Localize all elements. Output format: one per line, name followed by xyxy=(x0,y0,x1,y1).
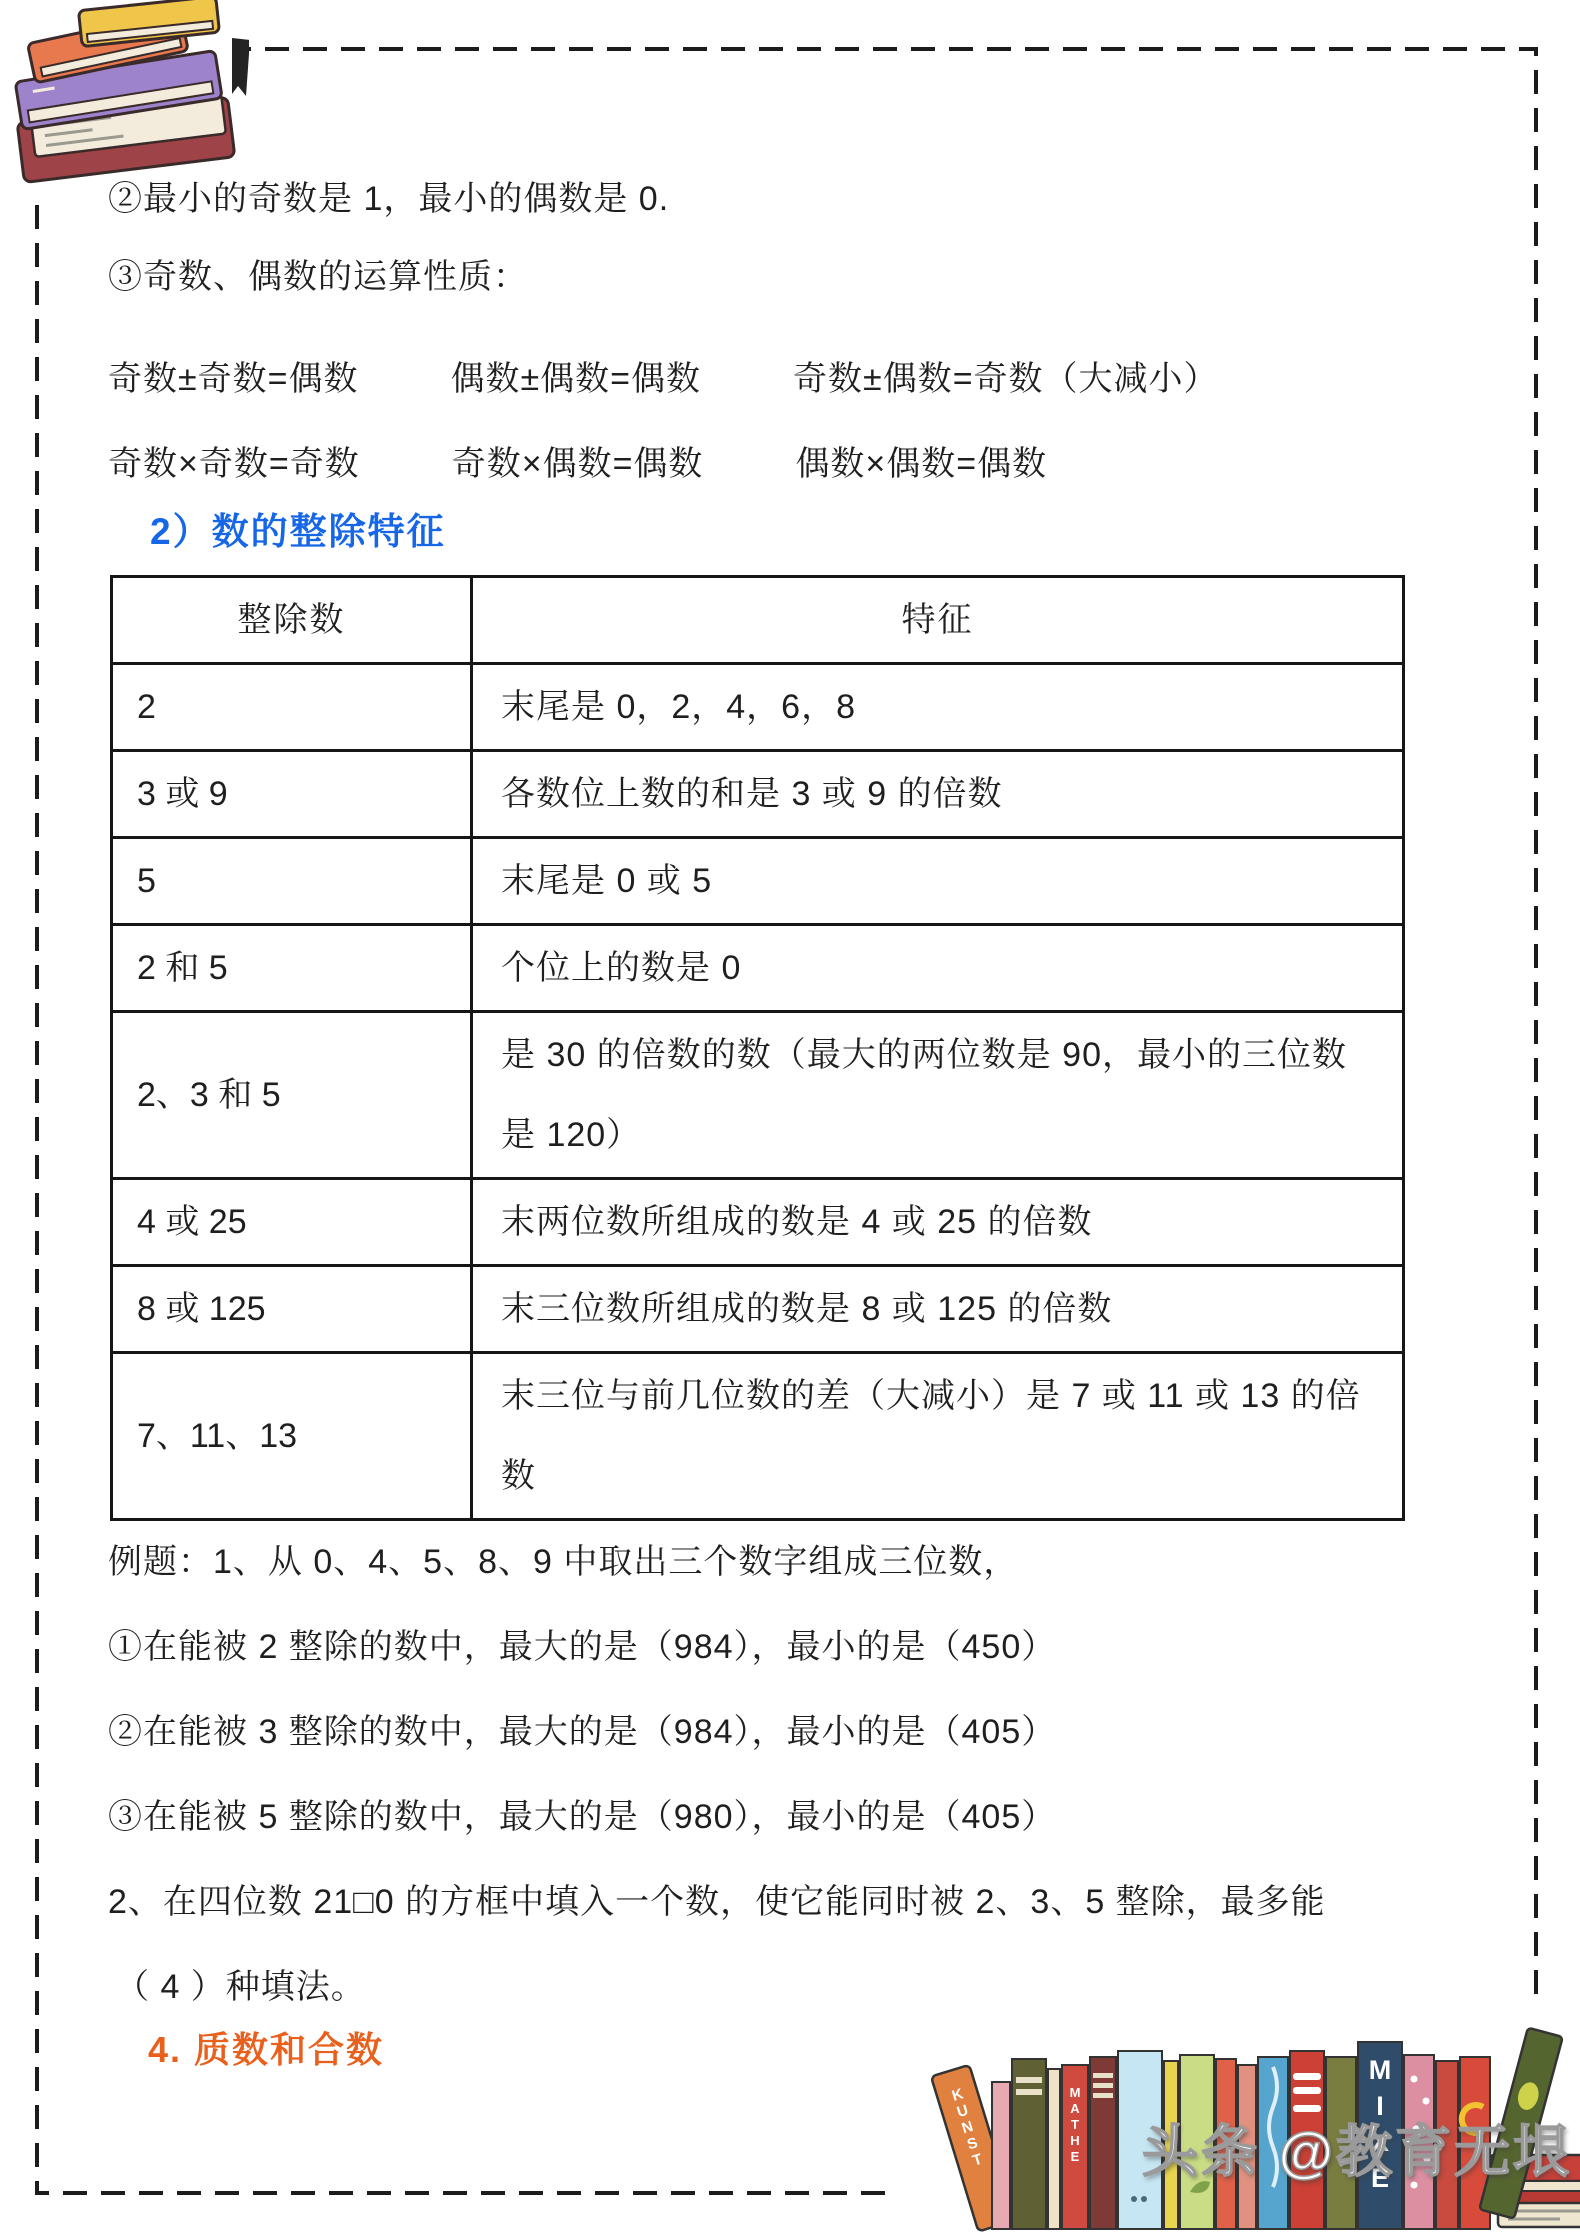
table-row: 7、11、13 末三位与前几位数的差（大减小）是 7 或 11 或 13 的倍数 xyxy=(112,1353,1404,1520)
problem2-line-1: 2、在四位数 21□0 的方框中填入一个数，使它能同时被 2、3、5 整除，最多… xyxy=(108,1856,1508,1941)
divisor-value: 8 或 125 xyxy=(112,1266,472,1353)
table-row: 4 或 25 末两位数所组成的数是 4 或 25 的倍数 xyxy=(112,1179,1404,1266)
divisor-value: 3 或 9 xyxy=(112,751,472,838)
divisibility-table: 整除数 特征 2 末尾是 0，2，4，6，8 3 或 9 各数位上数的和是 3 … xyxy=(110,575,1405,1521)
section-heading-divisibility: 2）数的整除特征 xyxy=(150,485,1550,570)
feature-value: 各数位上数的和是 3 或 9 的倍数 xyxy=(472,751,1404,838)
rule-expression: 偶数±偶数=偶数 xyxy=(451,351,702,400)
watermark-text: 头条 @教育无垠 xyxy=(1142,2108,1572,2188)
rule-expression: 奇数×偶数=偶数 xyxy=(452,436,704,485)
rule-expression: 偶数×偶数=偶数 xyxy=(795,436,1047,485)
table-row: 2 和 5 个位上的数是 0 xyxy=(112,925,1404,1012)
example-item-3: ③在能被 5 整除的数中，最大的是（980），最小的是（405） xyxy=(108,1771,1508,1856)
rule-expression: 奇数×奇数=奇数 xyxy=(108,436,360,485)
table-row: 5 末尾是 0 或 5 xyxy=(112,838,1404,925)
intro-line-operation-props: ③奇数、偶数的运算性质： xyxy=(108,231,1508,316)
rule-expression: 奇数±偶数=奇数（大减小） xyxy=(793,351,1219,400)
section-heading-primes: 4. 质数和合数 xyxy=(148,2005,1548,2090)
table-header-row: 整除数 特征 xyxy=(112,577,1404,664)
divisor-value: 4 或 25 xyxy=(112,1179,472,1266)
feature-value: 个位上的数是 0 xyxy=(472,925,1404,1012)
divisor-value: 5 xyxy=(112,838,472,925)
feature-value: 末尾是 0，2，4，6，8 xyxy=(472,664,1404,751)
divisor-value: 2 xyxy=(112,664,472,751)
table-row: 8 或 125 末三位数所组成的数是 8 或 125 的倍数 xyxy=(112,1266,1404,1353)
example-title-line: 例题：1、从 0、4、5、8、9 中取出三个数字组成三位数， xyxy=(108,1516,1508,1601)
divisor-value: 2 和 5 xyxy=(112,925,472,1012)
table-row: 2 末尾是 0，2，4，6，8 xyxy=(112,664,1404,751)
feature-value: 末尾是 0 或 5 xyxy=(472,838,1404,925)
column-header-feature: 特征 xyxy=(472,577,1404,664)
table-row: 3 或 9 各数位上数的和是 3 或 9 的倍数 xyxy=(112,751,1404,838)
worksheet-page: ②最小的奇数是 1，最小的偶数是 0. ③奇数、偶数的运算性质： 奇数±奇数=偶… xyxy=(0,0,1580,2237)
divisor-value: 2、3 和 5 xyxy=(112,1012,472,1179)
feature-value: 是 30 的倍数的数（最大的两位数是 90，最小的三位数是 120） xyxy=(472,1012,1404,1179)
svg-text:MATHE: MATHE xyxy=(1070,2085,1081,2164)
example-item-2: ②在能被 3 整除的数中，最大的是（984），最小的是（405） xyxy=(108,1686,1508,1771)
example-item-1: ①在能被 2 整除的数中，最大的是（984），最小的是（450） xyxy=(108,1601,1508,1686)
feature-value: 末两位数所组成的数是 4 或 25 的倍数 xyxy=(472,1179,1404,1266)
intro-line-odd-even-min: ②最小的奇数是 1，最小的偶数是 0. xyxy=(108,153,1508,238)
rule-expression: 奇数±奇数=偶数 xyxy=(108,351,359,400)
feature-value: 末三位与前几位数的差（大减小）是 7 或 11 或 13 的倍数 xyxy=(472,1353,1404,1520)
column-header-divisor: 整除数 xyxy=(112,577,472,664)
odd-even-rules-row-1: 奇数±奇数=偶数 偶数±偶数=偶数 奇数±偶数=奇数（大减小） xyxy=(108,333,1508,418)
divisor-value: 7、11、13 xyxy=(112,1353,472,1520)
table-row: 2、3 和 5 是 30 的倍数的数（最大的两位数是 90，最小的三位数是 12… xyxy=(112,1012,1404,1179)
feature-value: 末三位数所组成的数是 8 或 125 的倍数 xyxy=(472,1266,1404,1353)
